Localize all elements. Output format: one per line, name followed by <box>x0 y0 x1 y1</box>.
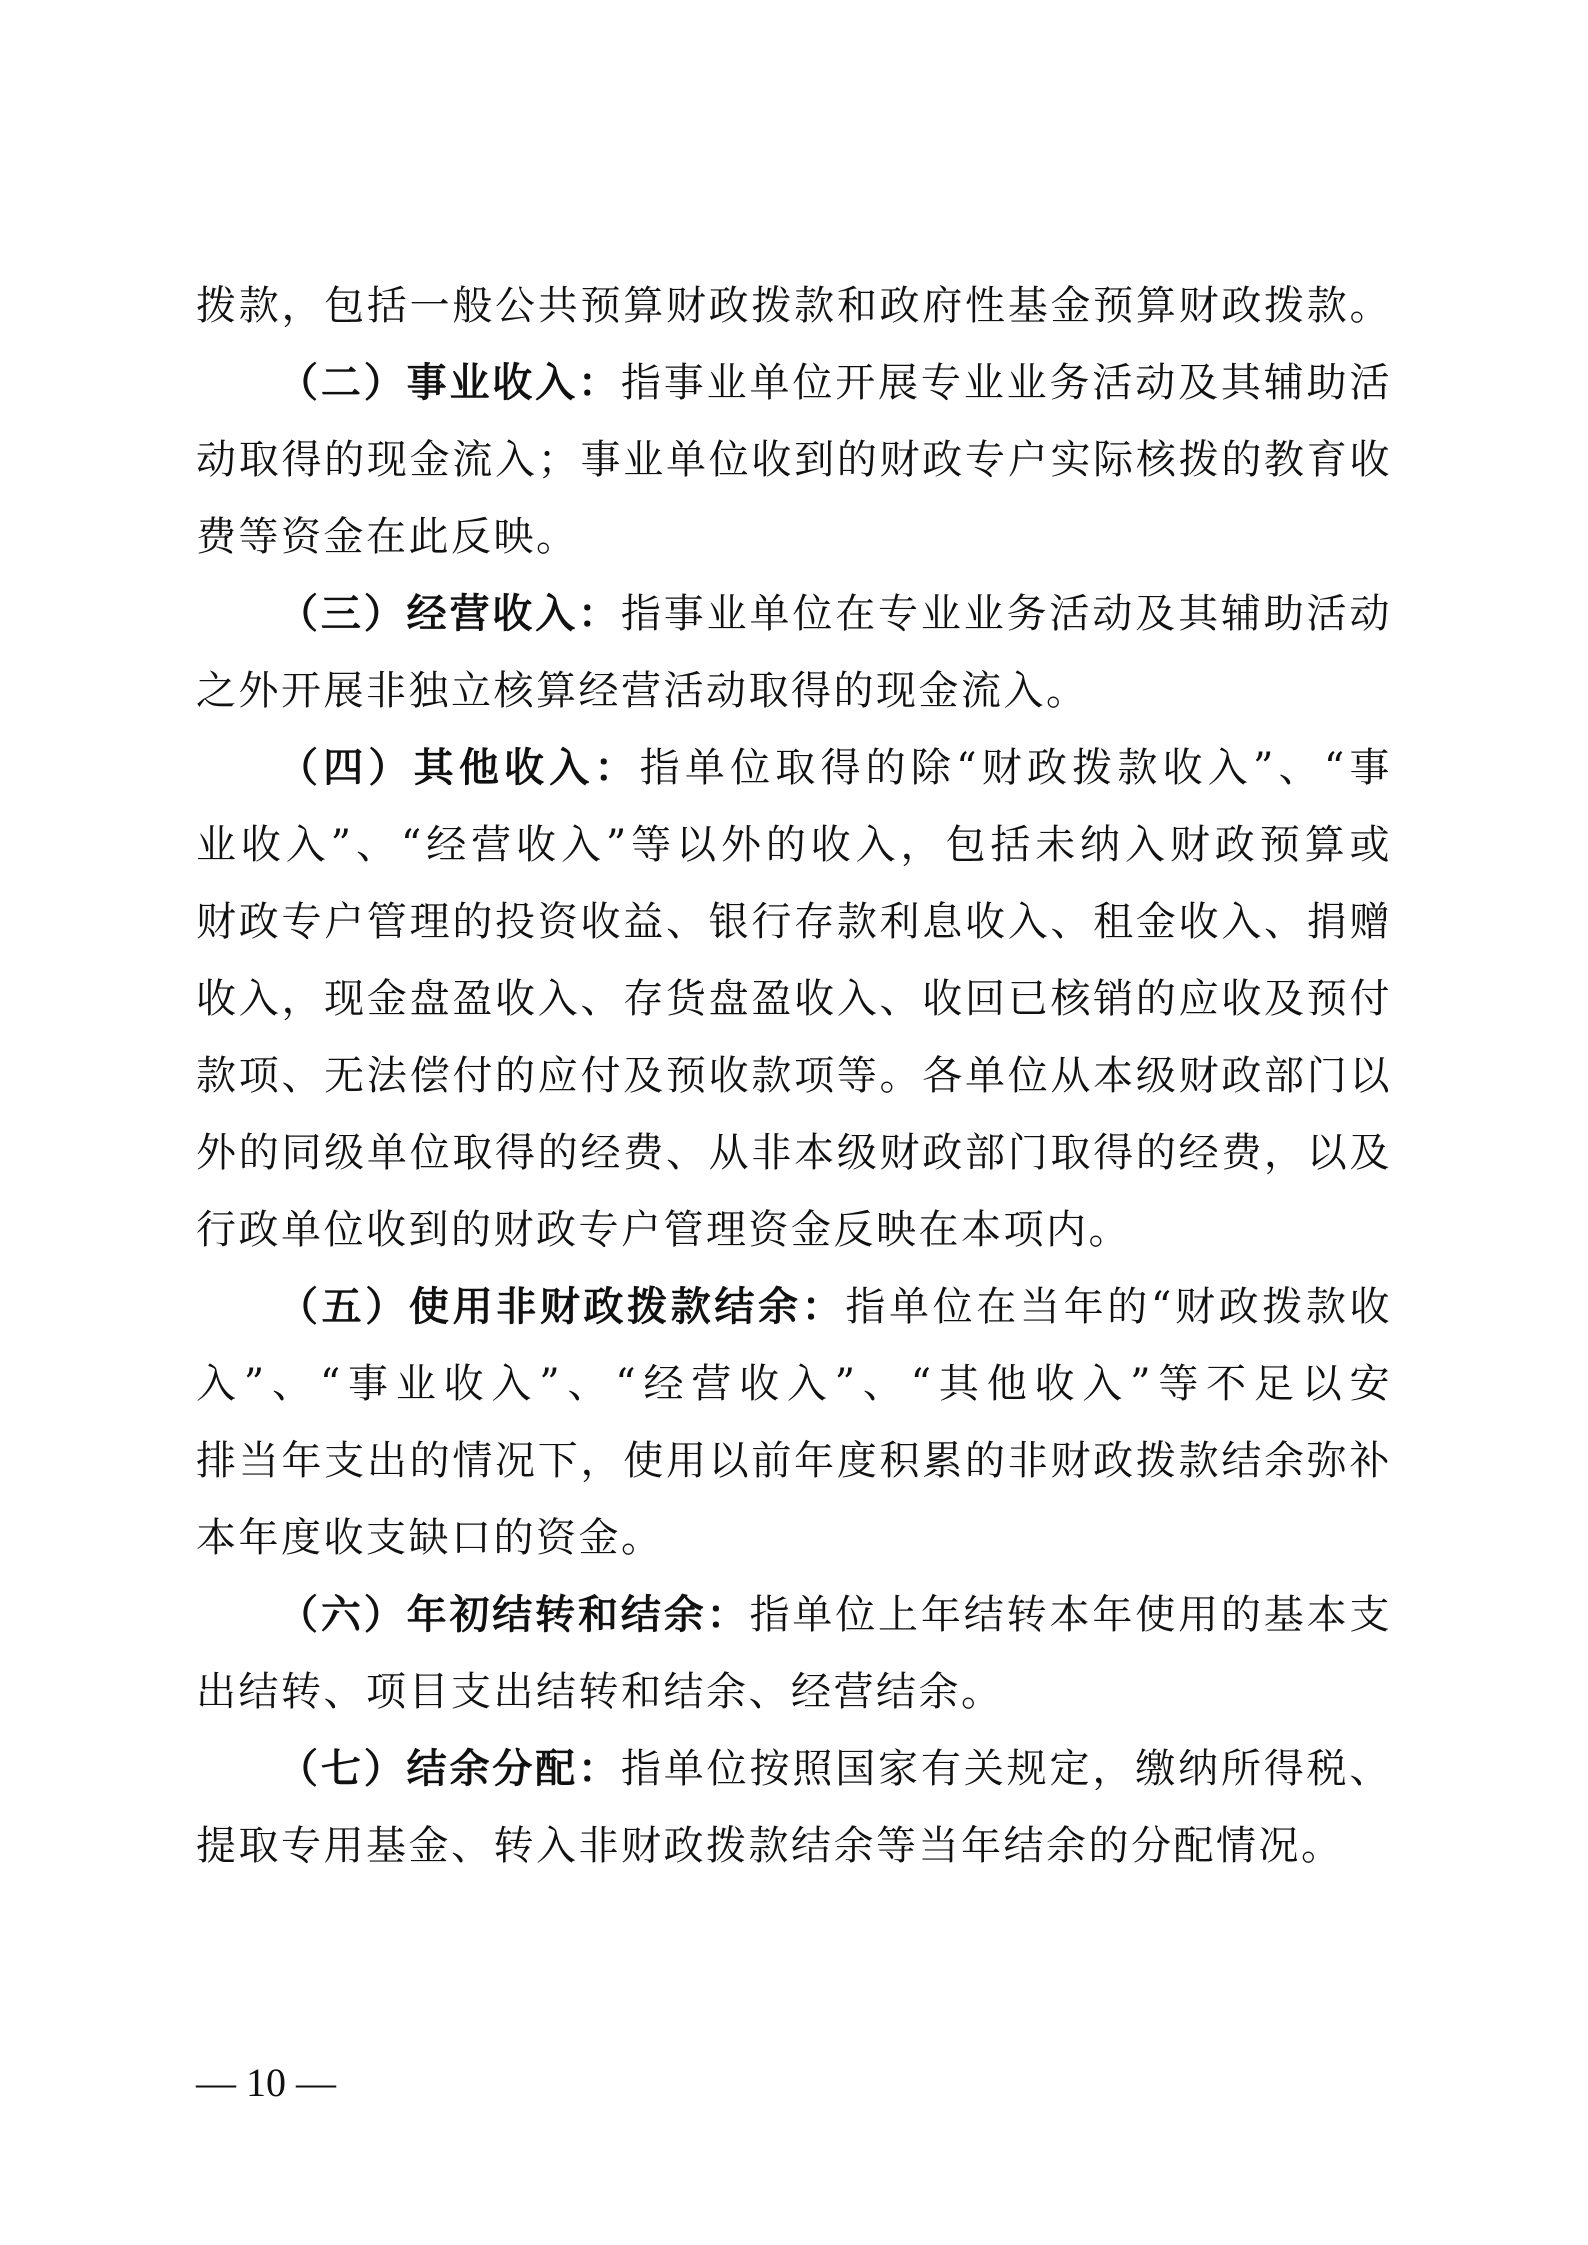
line-text: 指单位取得的除“财政拨款收入”、“事 <box>640 745 1392 791</box>
section-four-line: （四）其他收入：指单位取得的除“财政拨款收入”、“事 <box>278 740 1392 796</box>
line-text: 拨款，包括一般公共预算财政拨款和政府性基金预算财政拨款。 <box>196 283 1392 329</box>
section-heading-carryover: （六）年初结转和结余： <box>278 1592 749 1638</box>
section-three-line: （三）经营收入：指事业单位在专业业务活动及其辅助活动 <box>278 586 1392 642</box>
line-text: 指单位在当年的“财政拨款收 <box>845 1284 1392 1330</box>
section-heading-operating-income: （三）经营收入： <box>278 591 621 637</box>
text-line: 排当年支出的情况下，使用以前年度积累的非财政拨款结余弥补 <box>196 1433 1392 1489</box>
line-text: 指事业单位在专业业务活动及其辅助活动 <box>621 591 1392 637</box>
line-text: 费等资金在此反映。 <box>196 514 579 560</box>
text-line: 拨款，包括一般公共预算财政拨款和政府性基金预算财政拨款。 <box>196 278 1392 334</box>
text-line: 行政单位收到的财政专户管理资金反映在本项内。 <box>196 1202 1131 1258</box>
line-text: 指事业单位开展专业业务活动及其辅助活 <box>621 360 1392 406</box>
line-text: 之外开展非独立核算经营活动取得的现金流入。 <box>196 668 1089 714</box>
line-text: 入”、“事业收入”、“经营收入”、“其他收入”等不足以安 <box>196 1361 1392 1407</box>
line-text: 收入，现金盘盈收入、存货盘盈收入、收回已核销的应收及预付 <box>196 976 1392 1022</box>
line-text: 行政单位收到的财政专户管理资金反映在本项内。 <box>196 1207 1131 1253</box>
section-heading-other-income: （四）其他收入： <box>278 745 640 791</box>
line-text: 排当年支出的情况下，使用以前年度积累的非财政拨款结余弥补 <box>196 1438 1392 1484</box>
text-line: 之外开展非独立核算经营活动取得的现金流入。 <box>196 663 1089 719</box>
text-line: 出结转、项目支出结转和结余、经营结余。 <box>196 1664 1004 1720</box>
line-text: 款项、无法偿付的应付及预收款项等。各单位从本级财政部门以 <box>196 1053 1392 1099</box>
text-line: 收入，现金盘盈收入、存货盘盈收入、收回已核销的应收及预付 <box>196 971 1392 1027</box>
line-text: 业收入”、“经营收入”等以外的收入，包括未纳入财政预算或 <box>196 822 1392 868</box>
section-five-line: （五）使用非财政拨款结余：指单位在当年的“财政拨款收 <box>278 1279 1392 1335</box>
section-heading-balance-distribution: （七）结余分配： <box>278 1746 621 1792</box>
text-line: 财政专户管理的投资收益、银行存款利息收入、租金收入、捐赠 <box>196 894 1392 950</box>
text-line: 外的同级单位取得的经费、从非本级财政部门取得的经费，以及 <box>196 1125 1392 1181</box>
line-text: 财政专户管理的投资收益、银行存款利息收入、租金收入、捐赠 <box>196 899 1392 945</box>
line-text: 出结转、项目支出结转和结余、经营结余。 <box>196 1669 1004 1715</box>
document-page: 拨款，包括一般公共预算财政拨款和政府性基金预算财政拨款。 （二）事业收入：指事业… <box>0 0 1588 2245</box>
text-line: 费等资金在此反映。 <box>196 509 579 565</box>
page-number: — 10 — <box>196 2058 336 2108</box>
section-six-line: （六）年初结转和结余：指单位上年结转本年使用的基本支 <box>278 1587 1392 1643</box>
section-heading-shiye-income: （二）事业收入： <box>278 360 621 406</box>
line-text: 外的同级单位取得的经费、从非本级财政部门取得的经费，以及 <box>196 1130 1392 1176</box>
line-text: 动取得的现金流入；事业单位收到的财政专户实际核拨的教育收 <box>196 437 1392 483</box>
section-two-line: （二）事业收入：指事业单位开展专业业务活动及其辅助活 <box>278 355 1392 411</box>
text-line: 提取专用基金、转入非财政拨款结余等当年结余的分配情况。 <box>196 1818 1344 1874</box>
text-line: 款项、无法偿付的应付及预收款项等。各单位从本级财政部门以 <box>196 1048 1392 1104</box>
line-text: 指单位按照国家有关规定，缴纳所得税、 <box>621 1746 1392 1792</box>
text-line: 入”、“事业收入”、“经营收入”、“其他收入”等不足以安 <box>196 1356 1392 1412</box>
text-line: 本年度收支缺口的资金。 <box>196 1510 664 1566</box>
text-line: 业收入”、“经营收入”等以外的收入，包括未纳入财政预算或 <box>196 817 1392 873</box>
section-seven-line: （七）结余分配：指单位按照国家有关规定，缴纳所得税、 <box>278 1741 1392 1797</box>
text-line: 动取得的现金流入；事业单位收到的财政专户实际核拨的教育收 <box>196 432 1392 488</box>
section-heading-non-fiscal-balance: （五）使用非财政拨款结余： <box>278 1284 845 1330</box>
line-text: 提取专用基金、转入非财政拨款结余等当年结余的分配情况。 <box>196 1823 1344 1869</box>
line-text: 指单位上年结转本年使用的基本支 <box>749 1592 1392 1638</box>
line-text: 本年度收支缺口的资金。 <box>196 1515 664 1561</box>
